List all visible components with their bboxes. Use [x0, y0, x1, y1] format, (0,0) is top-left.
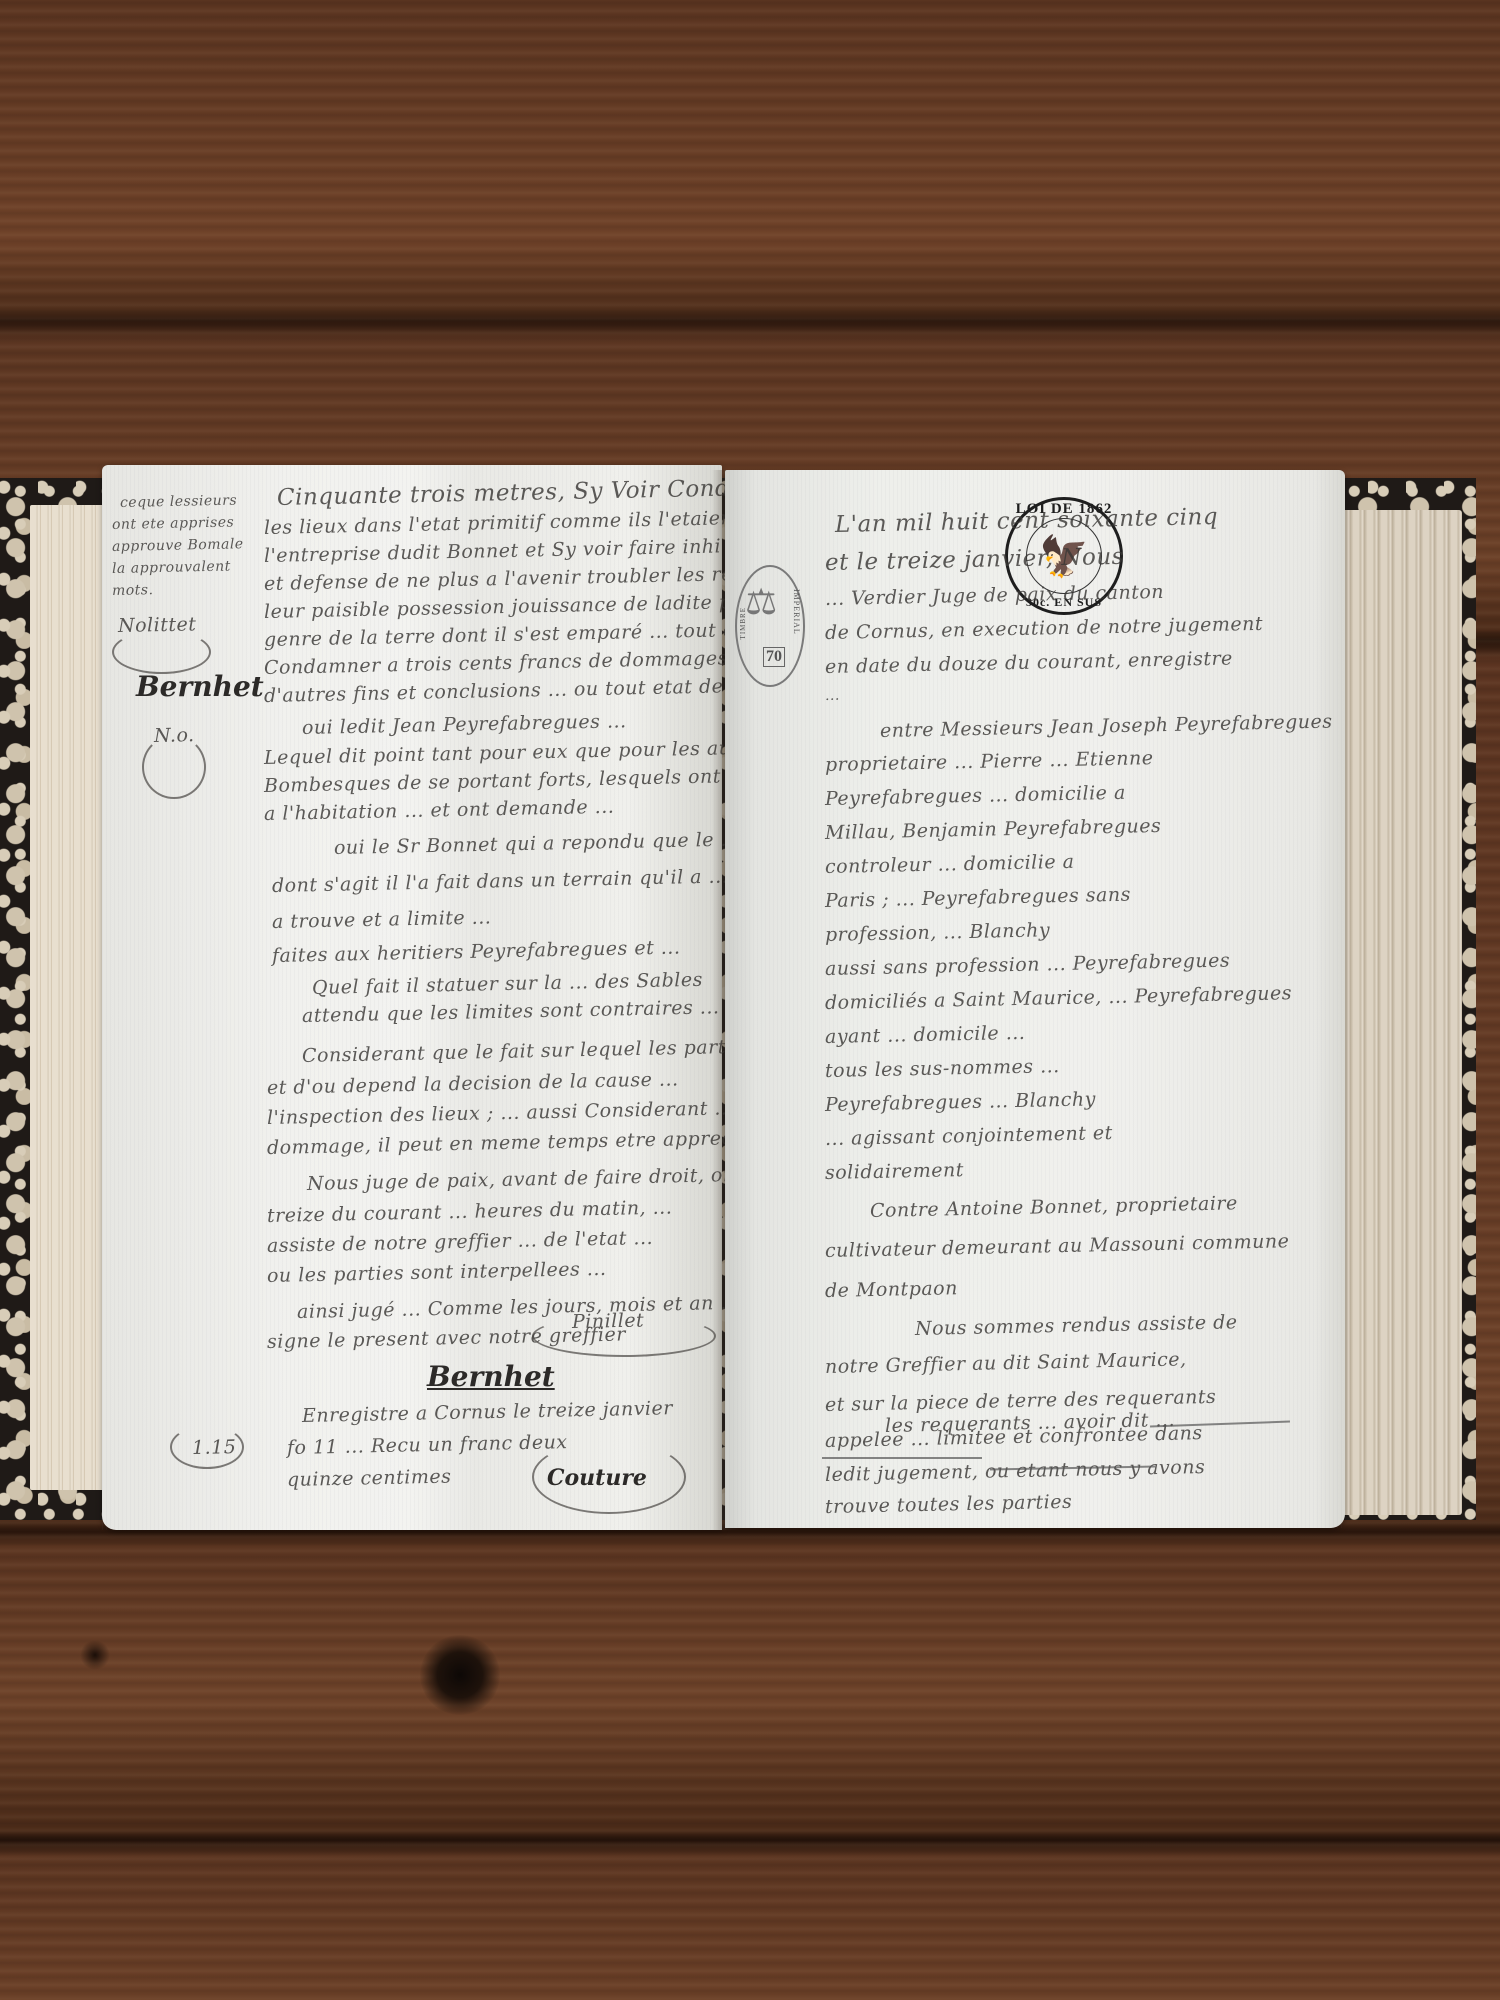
text-line: ayant ... domicile ...	[825, 1022, 1026, 1048]
margin-note: ont ete apprises	[112, 514, 235, 533]
wood-knot	[420, 1635, 500, 1715]
left-page-stack	[30, 505, 110, 1490]
signature-flourish	[112, 630, 211, 674]
margin-note: approuve Bomale	[112, 536, 244, 555]
registration-note: quinze centimes	[287, 1466, 452, 1491]
judge-signature: Bernhet	[427, 1360, 555, 1393]
left-page: ceque lessieurs ont ete apprises approuv…	[102, 465, 722, 1530]
justice-figure-icon: ⚖	[745, 581, 777, 623]
text-line: profession, ... Blanchy	[825, 919, 1051, 946]
signature-flourish	[142, 735, 206, 799]
closing-rule	[822, 1457, 982, 1459]
right-page: ⚖ IMPERIAL TIMBRE 70 LOI DE 1862 🦅 30c. …	[725, 470, 1345, 1528]
margin-note: la approuvalent	[112, 559, 231, 577]
text-line: solidairement	[825, 1159, 964, 1184]
margin-note: ceque lessieurs	[120, 493, 237, 511]
imperial-tax-stamp: ⚖ IMPERIAL TIMBRE 70	[735, 565, 805, 687]
margin-note: mots.	[112, 582, 154, 599]
signature-flourish	[532, 1315, 716, 1357]
text-line: ...	[825, 688, 840, 704]
text-line: de Montpaon	[825, 1277, 958, 1302]
margin-signature: Bernhet	[136, 670, 264, 703]
wood-knot	[80, 1640, 110, 1670]
text-line: a trouve et a limite ...	[272, 906, 492, 933]
right-page-stack	[1340, 510, 1462, 1515]
folio-flourish	[170, 1425, 244, 1469]
signature-flourish	[532, 1440, 686, 1514]
